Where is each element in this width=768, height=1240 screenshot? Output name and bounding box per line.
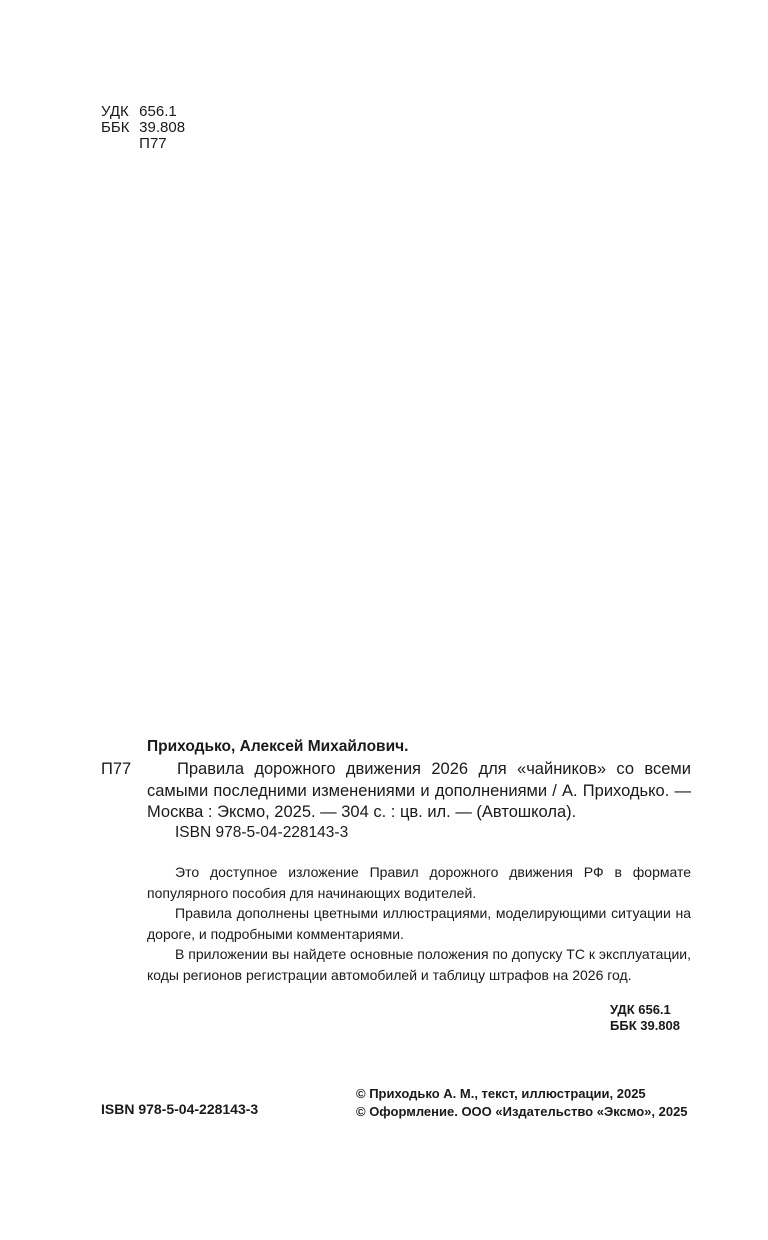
bbk-value: 39.808 <box>139 119 185 136</box>
udk-row: УДК 656.1 <box>101 104 185 120</box>
top-classification-index: УДК 656.1 ББК 39.808 П77 <box>101 104 185 152</box>
author-sign: П77 <box>139 135 166 152</box>
annotation-paragraph: Правила дополнены цветными иллюстрациями… <box>147 903 691 944</box>
copyright-design: © Оформление. ООО «Издательство «Эксмо»,… <box>356 1103 688 1121</box>
udk-label: УДК <box>101 104 135 120</box>
annotation-paragraph: В приложении вы найдете основные положен… <box>147 944 691 985</box>
footer-bbk: ББК 39.808 <box>610 1018 680 1034</box>
bbk-row: ББК 39.808 <box>101 120 185 136</box>
copyright-block: © Приходько А. М., текст, иллюстрации, 2… <box>356 1085 688 1121</box>
bbk-label: ББК <box>101 120 135 136</box>
catalog-author: Приходько, Алексей Михайлович. <box>147 738 408 756</box>
catalog-description: Правила дорожного движения 2026 для «чай… <box>147 759 691 824</box>
author-sign-row: П77 <box>101 136 185 152</box>
footer-classification-index: УДК 656.1 ББК 39.808 <box>610 1002 680 1034</box>
footer-isbn: ISBN 978-5-04-228143-3 <box>101 1101 258 1117</box>
udk-value: 656.1 <box>139 103 177 120</box>
catalog-isbn: ISBN 978-5-04-228143-3 <box>175 824 348 842</box>
annotation: Это доступное изложение Правил дорожного… <box>147 862 691 985</box>
catalog-author-sign: П77 <box>101 760 131 779</box>
copyright-author: © Приходько А. М., текст, иллюстрации, 2… <box>356 1085 688 1103</box>
annotation-paragraph: Это доступное изложение Правил дорожного… <box>147 862 691 903</box>
footer-udk: УДК 656.1 <box>610 1002 680 1018</box>
